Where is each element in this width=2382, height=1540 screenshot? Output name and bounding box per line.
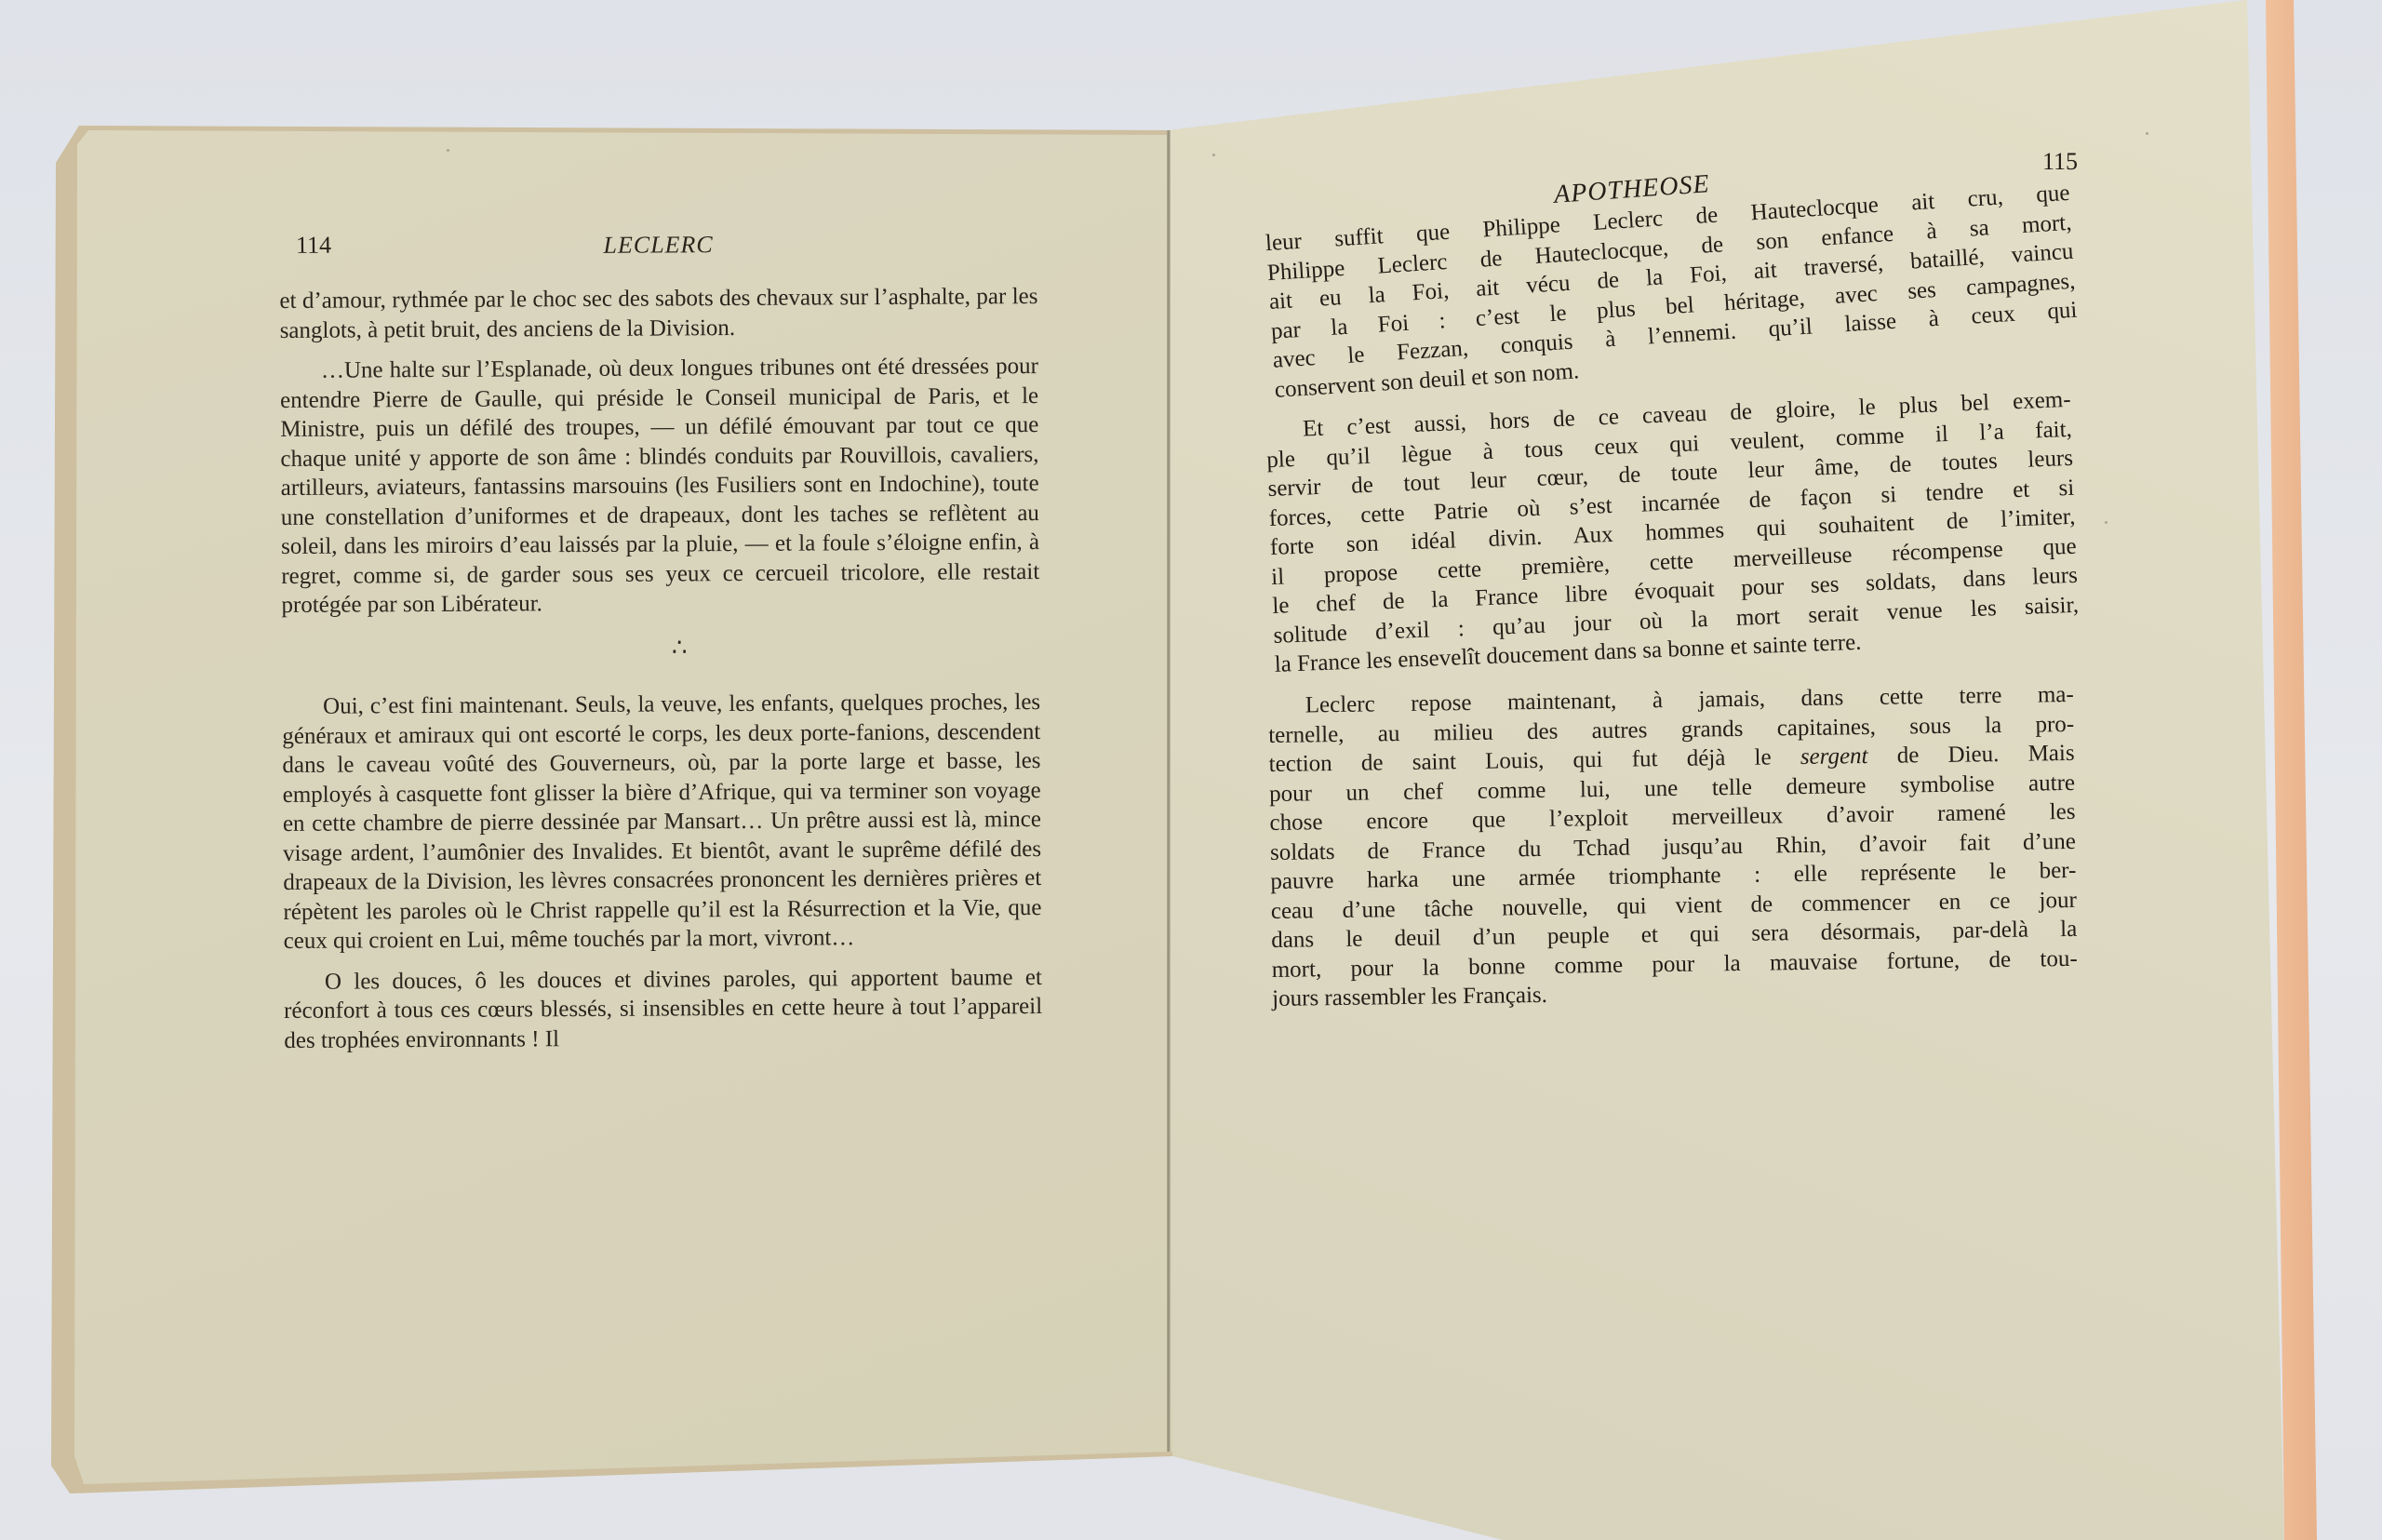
paragraph: leur suffit que Philippe Leclerc de Haut… bbox=[1265, 179, 2080, 405]
paragraph: …Une halte sur l’Esplanade, où deux long… bbox=[280, 352, 1040, 620]
paragraph: Et c’est aussi, hors de ce caveau de glo… bbox=[1265, 385, 2081, 680]
running-head: LECLERC bbox=[279, 228, 1037, 261]
right-page-body: leur suffit que Philippe Leclerc de Haut… bbox=[1270, 229, 2076, 1013]
page-number: 115 bbox=[2042, 147, 2078, 177]
section-break-ornament: ∴ bbox=[319, 631, 1040, 664]
paragraph: et d’amour, rythmée par le choc sec des … bbox=[279, 282, 1037, 345]
text-segment: tection de saint Louis, qui fut déjà le bbox=[1268, 744, 1800, 777]
text-segment: de Dieu. Mais bbox=[1867, 740, 2074, 768]
paper-speck bbox=[2105, 521, 2108, 524]
paragraph: Oui, c’est fini maintenant. Seuls, la ve… bbox=[282, 688, 1042, 956]
right-page-header: APOTHEOSE 115 bbox=[1270, 147, 2076, 184]
paragraph: Leclerc repose maintenant, à jamais, dan… bbox=[1268, 679, 2079, 1013]
open-book: 114 LECLERC et d’amour, rythmée par le c… bbox=[0, 0, 2382, 1540]
paragraph: O les douces, ô les douces et divines pa… bbox=[284, 963, 1043, 1055]
left-page-text: 114 LECLERC et d’amour, rythmée par le c… bbox=[279, 226, 1042, 1066]
italic-word: sergent bbox=[1800, 743, 1868, 770]
paper-speck bbox=[1212, 154, 1215, 156]
left-page-header: 114 LECLERC bbox=[279, 226, 1037, 279]
paper-speck bbox=[447, 149, 449, 152]
right-page-text: APOTHEOSE 115 leur suffit que Philippe L… bbox=[1270, 147, 2076, 1013]
paper-speck bbox=[2146, 132, 2148, 135]
book-gutter bbox=[1167, 130, 1171, 1452]
